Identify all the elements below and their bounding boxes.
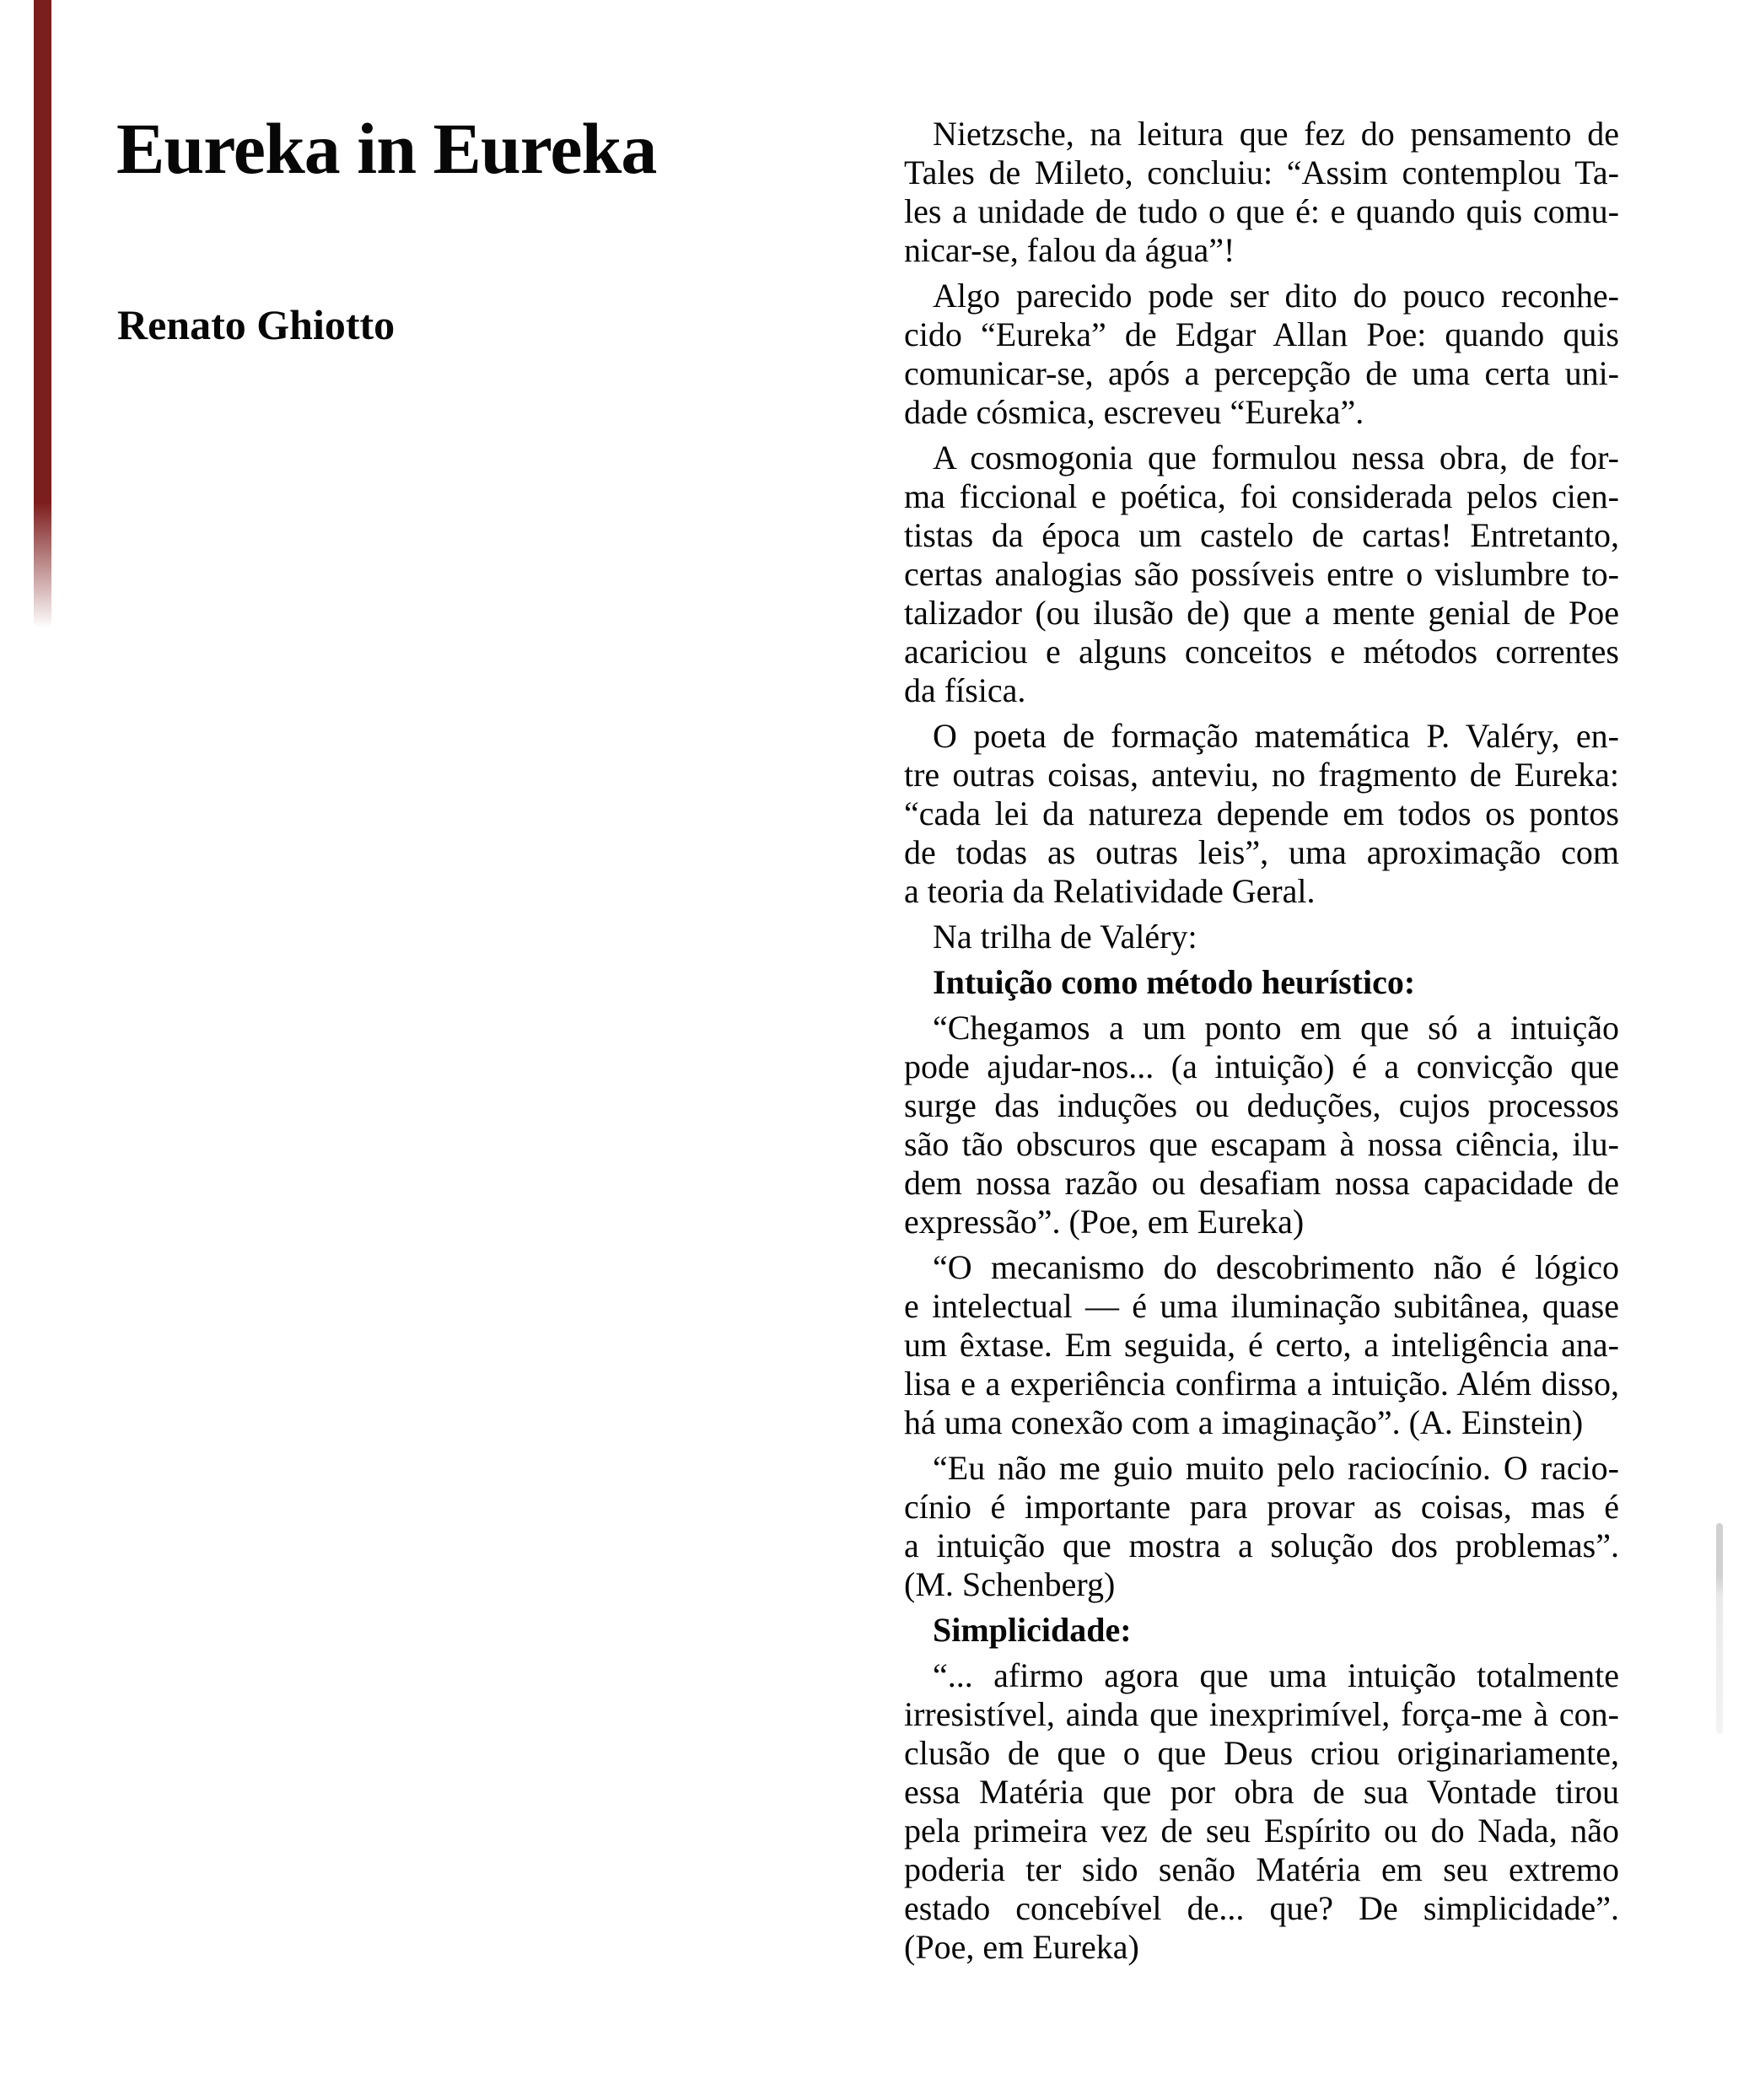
paragraph: Algo parecido pode ser dito do pouco rec… [904, 277, 1619, 432]
text-line: les a unidade de tudo o que é: e quando … [904, 192, 1619, 231]
text-line: pode ajudar-nos... (a intuição) é a conv… [904, 1047, 1619, 1086]
text-line: A cosmogonia que formulou nessa obra, de… [904, 439, 1619, 477]
text-line: Intuição como método heurístico: [904, 963, 1619, 1002]
text-line: estado concebível de... que? De simplici… [904, 1889, 1619, 1928]
text-line: Na trilha de Valéry: [904, 918, 1619, 956]
text-line: de todas as outras leis”, uma aproximaçã… [904, 833, 1619, 872]
text-line: “Chegamos a um ponto em que só a intuiçã… [904, 1009, 1619, 1047]
paragraph: O poeta de formação matemática P. Valéry… [904, 717, 1619, 911]
text-line: a intuição que mostra a solução dos prob… [904, 1527, 1619, 1565]
text-line: pela primeira vez de seu Espírito ou do … [904, 1812, 1619, 1850]
section-heading: Intuição como método heurístico: [904, 963, 1619, 1002]
article-text-column: Nietzsche, na leitura que fez do pensame… [904, 115, 1619, 1967]
text-line: um êxtase. Em seguida, é certo, a inteli… [904, 1326, 1619, 1365]
text-line: essa Matéria que por obra de sua Vontade… [904, 1773, 1619, 1812]
text-line: são tão obscuros que escapam à nossa ciê… [904, 1125, 1619, 1164]
text-line: lisa e a experiência confirma a intuição… [904, 1365, 1619, 1403]
text-line: ma ficcional e poética, foi considerada … [904, 477, 1619, 516]
text-line: O poeta de formação matemática P. Valéry… [904, 717, 1619, 756]
text-line: talizador (ou ilusão de) que a mente gen… [904, 594, 1619, 633]
paragraph: Nietzsche, na leitura que fez do pensame… [904, 115, 1619, 270]
section-heading: Simplicidade: [904, 1611, 1619, 1650]
scan-artifact-red-line [34, 0, 51, 628]
text-line: da física. [904, 671, 1619, 710]
text-line: a teoria da Relatividade Geral. [904, 872, 1619, 911]
text-line: acariciou e alguns conceitos e métodos c… [904, 633, 1619, 671]
paragraph: “Eu não me guio muito pelo raciocínio. O… [904, 1449, 1619, 1604]
article-author: Renato Ghiotto [117, 304, 395, 346]
text-line: poderia ter sido senão Matéria em seu ex… [904, 1850, 1619, 1889]
paragraph: “... afirmo agora que uma intuição total… [904, 1656, 1619, 1967]
text-line: Algo parecido pode ser dito do pouco rec… [904, 277, 1619, 315]
text-line: certas analogias são possíveis entre o v… [904, 555, 1619, 594]
text-line: Simplicidade: [904, 1611, 1619, 1650]
text-line: dem nossa razão ou desafiam nossa capaci… [904, 1164, 1619, 1203]
text-line: “cada lei da natureza depende em todos o… [904, 794, 1619, 833]
text-line: clusão de que o que Deus criou originari… [904, 1734, 1619, 1773]
paragraph: A cosmogonia que formulou nessa obra, de… [904, 439, 1619, 710]
text-line: tistas da época um castelo de cartas! En… [904, 516, 1619, 555]
text-line: comunicar-se, após a percepção de uma ce… [904, 354, 1619, 393]
text-line: expressão”. (Poe, em Eureka) [904, 1203, 1619, 1241]
paragraph: “O mecanismo do descobrimento não é lógi… [904, 1248, 1619, 1442]
scan-artifact-gray-line [1716, 1523, 1723, 1734]
text-line: cido “Eureka” de Edgar Allan Poe: quando… [904, 315, 1619, 354]
text-line: há uma conexão com a imaginação”. (A. Ei… [904, 1403, 1619, 1442]
text-line: “... afirmo agora que uma intuição total… [904, 1656, 1619, 1695]
text-line: e intelectual — é uma iluminação subitân… [904, 1287, 1619, 1326]
text-line: “O mecanismo do descobrimento não é lógi… [904, 1248, 1619, 1287]
text-line: irresistível, ainda que inexprimível, fo… [904, 1695, 1619, 1734]
text-line: surge das induções ou deduções, cujos pr… [904, 1086, 1619, 1125]
text-line: Tales de Mileto, concluiu: “Assim contem… [904, 153, 1619, 192]
document-page: Eureka in Eureka Renato Ghiotto Nietzsch… [0, 0, 1749, 2100]
text-line: nicar-se, falou da água”! [904, 231, 1619, 270]
paragraph: Na trilha de Valéry: [904, 918, 1619, 956]
text-line: cínio é importante para provar as coisas… [904, 1488, 1619, 1527]
text-line: Nietzsche, na leitura que fez do pensame… [904, 115, 1619, 153]
text-line: (M. Schenberg) [904, 1565, 1619, 1604]
text-line: (Poe, em Eureka) [904, 1928, 1619, 1967]
paragraph: “Chegamos a um ponto em que só a intuiçã… [904, 1009, 1619, 1241]
text-line: dade cósmica, escreveu “Eureka”. [904, 393, 1619, 432]
text-line: tre outras coisas, anteviu, no fragmento… [904, 756, 1619, 794]
article-title: Eureka in Eureka [116, 112, 656, 185]
text-line: “Eu não me guio muito pelo raciocínio. O… [904, 1449, 1619, 1488]
